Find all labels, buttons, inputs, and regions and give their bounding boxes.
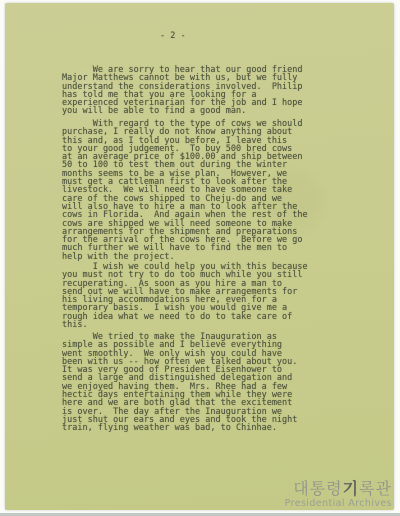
- letter-page: - 2 - We are sorry to hear that our good…: [5, 3, 394, 510]
- watermark-korean-text: 대통령기록관: [285, 480, 392, 498]
- letter-paragraph-inauguration: We tried to make the Inauguration as sim…: [62, 333, 297, 433]
- watermark-korean-suffix: 록관: [359, 479, 392, 498]
- letter-paragraph-cows: With regard to the type of cows we shoul…: [62, 120, 308, 261]
- watermark-english-text: Presidential Archives: [285, 498, 392, 509]
- archives-logo-glyph: 기: [343, 479, 359, 498]
- letter-paragraph-help: I wish we could help you with this becau…: [62, 263, 308, 329]
- presidential-archives-watermark: 대통령기록관 Presidential Archives: [285, 480, 392, 509]
- page-number: - 2 -: [160, 32, 186, 40]
- letter-paragraph-apology: We are sorry to hear that our good frien…: [62, 66, 303, 116]
- watermark-korean-prefix: 대통령: [293, 479, 342, 498]
